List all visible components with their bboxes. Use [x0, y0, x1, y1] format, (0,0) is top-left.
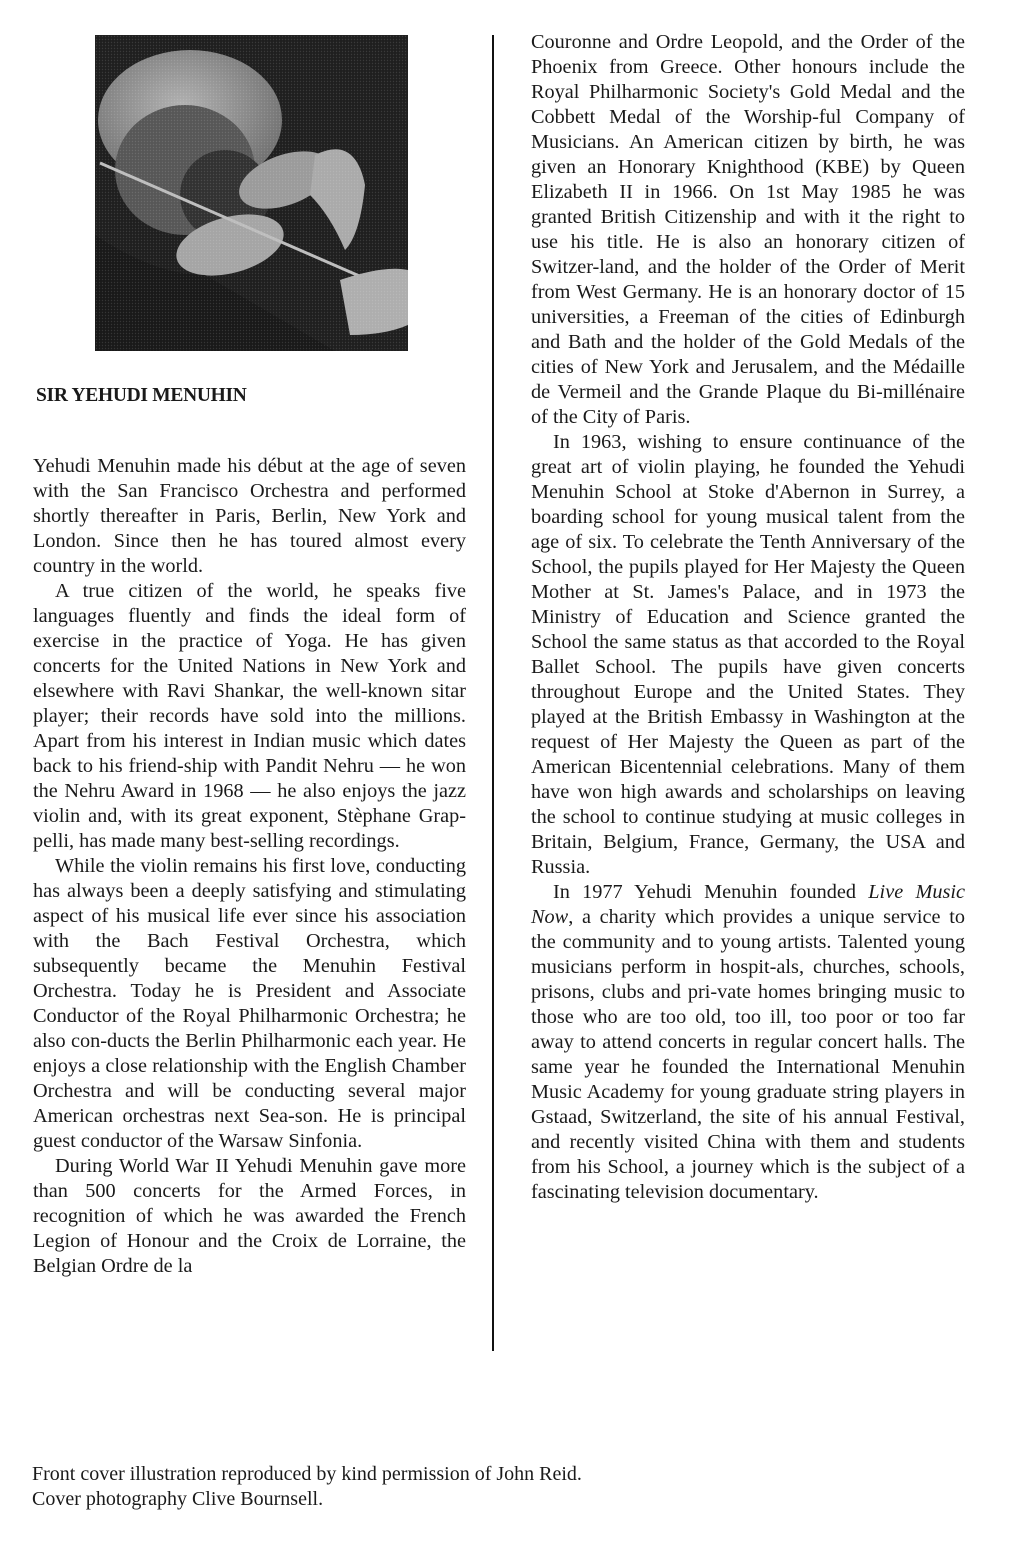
paragraph-honours: Couronne and Ordre Leopold, and the Orde… [531, 30, 965, 430]
live-music-now-intro: In 1977 Yehudi Menuhin founded [553, 881, 868, 903]
paragraph-world-war-ii: During World War II Yehudi Menuhin gave … [33, 1154, 466, 1279]
biography-column-left: Yehudi Menuhin made his début at the age… [33, 454, 466, 1279]
cover-illustration-credit: Front cover illustration reproduced by k… [32, 1462, 582, 1487]
biography-column-right: Couronne and Ordre Leopold, and the Orde… [531, 30, 965, 1205]
portrait-photo [95, 35, 408, 351]
violinist-photo-graphic [95, 35, 408, 351]
column-divider [492, 35, 494, 1351]
page-title: SIR YEHUDI MENUHIN [36, 385, 247, 407]
paragraph-conducting: While the violin remains his first love,… [33, 854, 466, 1154]
cover-photography-credit: Cover photography Clive Bournsell. [32, 1487, 582, 1512]
paragraph-citizen-of-world: A true citizen of the world, he speaks f… [33, 579, 466, 854]
paragraph-live-music-now: In 1977 Yehudi Menuhin founded Live Musi… [531, 880, 965, 1205]
cover-credits: Front cover illustration reproduced by k… [32, 1462, 582, 1512]
live-music-now-body: , a charity which provides a unique serv… [531, 906, 965, 1203]
paragraph-menuhin-school: In 1963, wishing to ensure continuance o… [531, 430, 965, 880]
paragraph-debut: Yehudi Menuhin made his début at the age… [33, 454, 466, 579]
